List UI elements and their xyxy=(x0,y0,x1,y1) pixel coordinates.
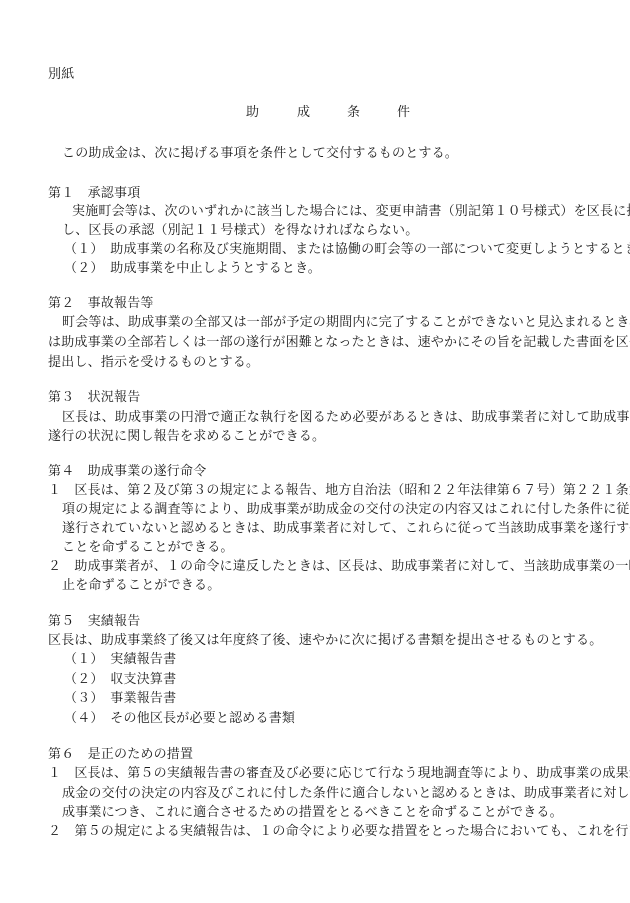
numbered-item: ２ 助成事業者が、１の命令に違反したときは、区長は、助成事業者に対して、当該助成… xyxy=(48,557,630,577)
list-item: （２） 収支決算書 xyxy=(64,670,176,690)
section-text: 区長は、助成事業の円滑で適正な執行を図るため必要があるときは、助成事業者に対して… xyxy=(62,408,630,428)
document-title: 助 成 条 件 xyxy=(0,103,630,123)
document-page: 別紙 助 成 条 件 この助成金は、次に掲げる事項を条件として交付するものとする… xyxy=(0,0,630,903)
numbered-item-continuation: ことを命ずることができる。 xyxy=(62,538,234,558)
section-heading: 第２ 事故報告等 xyxy=(48,294,154,314)
section-heading: 第６ 是正のための措置 xyxy=(48,745,193,765)
numbered-item-continuation: 止を命ずることができる。 xyxy=(62,576,220,596)
section-heading: 第１ 承認事項 xyxy=(48,184,140,204)
list-item: （２） 助成事業を中止しようとするとき。 xyxy=(64,259,321,279)
section-text: し、区長の承認（別記１１号様式）を得なければならない。 xyxy=(62,221,418,241)
numbered-item-continuation: 遂行されていないと認めるときは、助成事業者に対して、これらに従って当該助成事業を… xyxy=(62,519,630,539)
numbered-item-continuation: 項の規定による調査等により、助成事業が助成金の交付の決定の内容又はこれに付した条… xyxy=(62,500,630,520)
section-text: 遂行の状況に関し報告を求めることができる。 xyxy=(48,427,325,447)
numbered-item-continuation: 成事業につき、これに適合させるための措置をとるべきことを命ずることができる。 xyxy=(62,803,563,823)
title-char: 助 xyxy=(246,103,259,123)
numbered-item: １ 区長は、第５の実績報告書の審査及び必要に応じて行なう現地調査等により、助成事… xyxy=(48,764,630,784)
numbered-item: １ 区長は、第２及び第３の規定による報告、地方自治法（昭和２２年法律第６７号）第… xyxy=(48,481,630,501)
list-item: （１） 助成事業の名称及び実施期間、または協働の町会等の一部について変更しようと… xyxy=(64,240,630,260)
numbered-item-continuation: 成金の交付の決定の内容及びこれに付した条件に適合しないと認めるときは、助成事業者… xyxy=(62,784,630,804)
section-text: 町会等は、助成事業の全部又は一部が予定の期間内に完了することができないと見込まれ… xyxy=(62,313,630,333)
attachment-label: 別紙 xyxy=(48,65,74,85)
section-heading: 第３ 状況報告 xyxy=(48,388,140,408)
section-text: は助成事業の全部若しくは一部の遂行が困難となったときは、速やかにその旨を記載した… xyxy=(48,333,630,353)
section-text: 実施町会等は、次のいずれかに該当した場合には、変更申請書（別記第１０号様式）を区… xyxy=(72,202,630,222)
section-heading: 第５ 実績報告 xyxy=(48,612,140,632)
list-item: （３） 事業報告書 xyxy=(64,689,176,709)
list-item: （４） その他区長が必要と認める書類 xyxy=(64,709,295,729)
list-item: （１） 実績報告書 xyxy=(64,650,176,670)
numbered-item: ２ 第５の規定による実績報告は、１の命令により必要な措置をとった場合においても、… xyxy=(48,822,630,842)
section-text: 区長は、助成事業終了後又は年度終了後、速やかに次に掲げる書類を提出させるものとす… xyxy=(48,631,602,651)
title-char: 成 xyxy=(297,103,310,123)
section-text: 提出し、指示を受けるものとする。 xyxy=(48,353,259,373)
intro-paragraph: この助成金は、次に掲げる事項を条件として交付するものとする。 xyxy=(62,144,458,164)
section-heading: 第４ 助成事業の遂行命令 xyxy=(48,462,206,482)
title-char: 件 xyxy=(397,103,410,123)
title-char: 条 xyxy=(347,103,360,123)
